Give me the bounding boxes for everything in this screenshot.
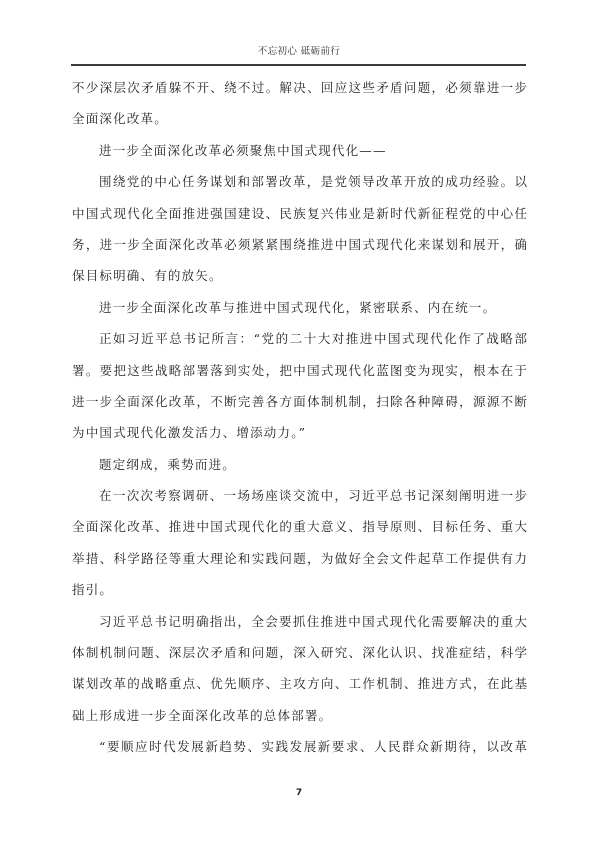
paragraph-quote: 正如习近平总书记所言：“党的二十大对推进中国式现代化作了战略部 署。要把这些战略… [72,323,527,449]
text-line: 习近平总书记明确指出，全会要抓住推进中国式现代化需要解决的重大 [72,606,527,637]
paragraph-quote: “要顺应时代发展新趋势、实践发展新要求、人民群众新期待，以改革 [72,731,527,762]
text-line: 题定纲成，乘势而进。 [72,449,527,480]
page-number: 7 [0,786,598,800]
text-line: 为中国式现代化激发活力、增添动力。” [72,417,527,448]
paragraph: 进一步全面深化改革与推进中国式现代化，紧密联系、内在统一。 [72,292,527,323]
text-line: 进一步全面深化改革，不断完善各方面体制机制，扫除各种障碍，源源不断 [72,386,527,417]
text-line: 保目标明确、有的放矢。 [72,260,527,291]
text-line: 谋划改革的战略重点、优先顺序、主攻方向、工作机制、推进方式，在此基 [72,668,527,699]
text-line: 举措、科学路径等重大理论和实践问题，为做好全会文件起草工作提供有力 [72,543,527,574]
text-line: 在一次次考察调研、一场场座谈交流中，习近平总书记深刻阐明进一步 [72,480,527,511]
document-body: 不少深层次矛盾躲不开、绕不过。解决、回应这些矛盾问题，必须靠进一步 全面深化改革… [72,72,527,763]
text-line: 础上形成进一步全面深化改革的总体部署。 [72,700,527,731]
text-line: “要顺应时代发展新趋势、实践发展新要求、人民群众新期待，以改革 [72,731,527,762]
paragraph: 题定纲成，乘势而进。 [72,449,527,480]
paragraph: 围绕党的中心任务谋划和部署改革，是党领导改革开放的成功经验。以 中国式现代化全面… [72,166,527,292]
text-line: 体制机制问题、深层次矛盾和问题，深入研究、深化认识、找准症结，科学 [72,637,527,668]
paragraph: 不少深层次矛盾躲不开、绕不过。解决、回应这些矛盾问题，必须靠进一步 全面深化改革… [72,72,527,135]
text-line: 中国式现代化全面推进强国建设、民族复兴伟业是新时代新征程党的中心任 [72,198,527,229]
text-line: 不少深层次矛盾躲不开、绕不过。解决、回应这些矛盾问题，必须靠进一步 [72,72,527,103]
paragraph-heading: 进一步全面深化改革必须聚焦中国式现代化—— [72,135,527,166]
header-rule [71,64,526,66]
text-line: 指引。 [72,574,527,605]
text-line: 全面深化改革、推进中国式现代化的重大意义、指导原则、目标任务、重大 [72,511,527,542]
running-header: 不忘初心 砥砺前行 [0,44,598,60]
text-line: 正如习近平总书记所言：“党的二十大对推进中国式现代化作了战略部 [72,323,527,354]
paragraph: 习近平总书记明确指出，全会要抓住推进中国式现代化需要解决的重大 体制机制问题、深… [72,606,527,732]
text-line: 全面深化改革。 [72,103,527,134]
text-line: 务，进一步全面深化改革必须紧紧围绕推进中国式现代化来谋划和展开，确 [72,229,527,260]
text-line: 进一步全面深化改革必须聚焦中国式现代化—— [72,135,527,166]
text-line: 进一步全面深化改革与推进中国式现代化，紧密联系、内在统一。 [72,292,527,323]
text-line: 围绕党的中心任务谋划和部署改革，是党领导改革开放的成功经验。以 [72,166,527,197]
text-line: 署。要把这些战略部署落到实处，把中国式现代化蓝图变为现实，根本在于 [72,355,527,386]
paragraph: 在一次次考察调研、一场场座谈交流中，习近平总书记深刻阐明进一步 全面深化改革、推… [72,480,527,606]
